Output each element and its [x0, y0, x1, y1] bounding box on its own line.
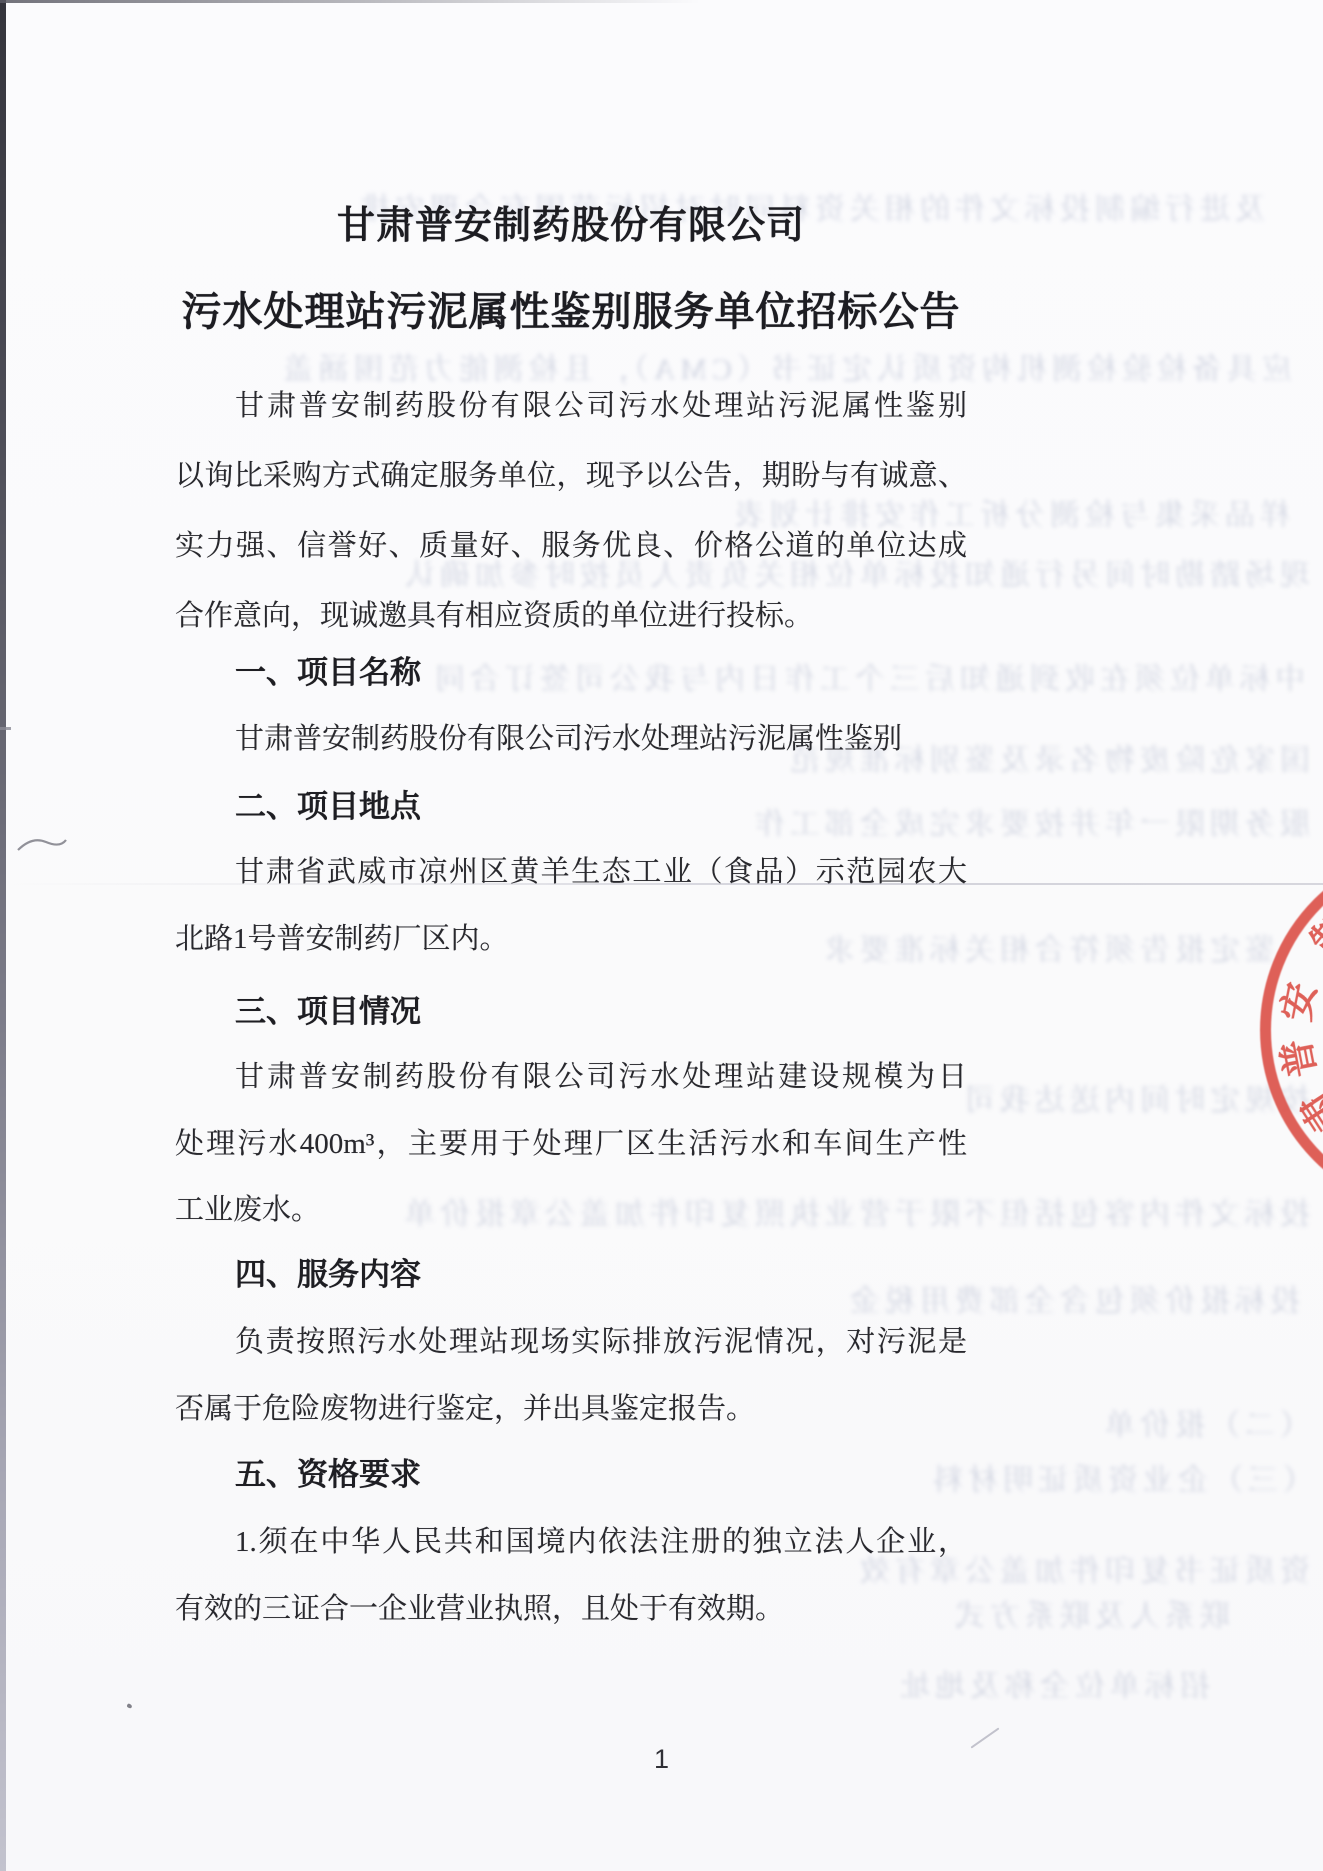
section-heading: 五、资格要求: [175, 1454, 967, 1496]
seal-character: 制: [1301, 904, 1323, 966]
bleedthrough-line: 联系人及联系方式: [930, 1597, 1230, 1637]
body-text-line: 负责按照污水处理站现场实际排放污泥情况，对污泥是: [175, 1321, 967, 1363]
body-text-line: 工业废水。: [175, 1189, 967, 1231]
body-text-line: 实力强、信誉好、质量好、服务优良、价格公道的单位达成: [175, 525, 967, 567]
document-title-line-2: 污水处理站污泥属性鉴别服务单位招标公告: [175, 280, 967, 337]
body-text-line: 甘肃普安制药股份有限公司污水处理站建设规模为日: [175, 1056, 967, 1098]
body-text-line: 以询比采购方式确定服务单位，现予以公告，期盼与有诚意、: [175, 455, 967, 497]
document-title-line-1: 甘肃普安制药股份有限公司: [175, 194, 967, 249]
body-text-line: 否属于危险废物进行鉴定，并出具鉴定报告。: [175, 1388, 967, 1430]
scan-edge-dash: [0, 727, 11, 730]
fold-curl-mark: [16, 830, 68, 861]
section-heading: 三、项目情况: [175, 991, 967, 1033]
body-text-line: 北路1号普安制药厂区内。: [175, 918, 967, 960]
scan-left-edge-shadow: [0, 0, 6, 1871]
paper-speck: [126, 1703, 132, 1709]
scanned-document-page: 及进行编制投标文件的相关资料同时对招标范围有合理安排应具备检验检测机构资质认定证…: [0, 0, 1323, 1871]
section-heading: 二、项目地点: [175, 786, 967, 828]
section-heading: 四、服务内容: [175, 1254, 967, 1296]
page-number: 1: [0, 1744, 1323, 1775]
company-seal-stamp: 药制安普肃甘: [1260, 845, 1323, 1215]
body-text-line: 甘肃普安制药股份有限公司污水处理站污泥属性鉴别: [175, 718, 967, 760]
body-text-line: 甘肃省武威市凉州区黄羊生态工业（食品）示范园农大: [175, 851, 967, 893]
seal-ring: [1260, 845, 1323, 1215]
body-text-line: 有效的三证合一企业营业执照，且处于有效期。: [175, 1588, 967, 1630]
body-text-line: 甘肃普安制药股份有限公司污水处理站污泥属性鉴别: [175, 385, 967, 427]
bleedthrough-line: 招标单位全称及地址: [820, 1667, 1210, 1707]
seal-character: 安: [1274, 976, 1323, 1028]
section-heading: 一、项目名称: [175, 652, 967, 694]
bleedthrough-line: 应具备检验检测机构资质认定证书（CMA），且检测能力范围涵盖: [180, 350, 1292, 390]
scan-top-edge-shadow: [0, 0, 700, 3]
seal-character: 肃: [1290, 1080, 1323, 1141]
seal-character: 普: [1274, 1032, 1323, 1084]
body-text-line: 合作意向，现诚邀具有相应资质的单位进行投标。: [175, 595, 967, 637]
body-text-line: 1.须在中华人民共和国境内依法注册的独立法人企业，: [175, 1521, 967, 1563]
body-text-line: 处理污水400m³，主要用于处理厂区生活污水和车间生产性: [175, 1123, 967, 1165]
